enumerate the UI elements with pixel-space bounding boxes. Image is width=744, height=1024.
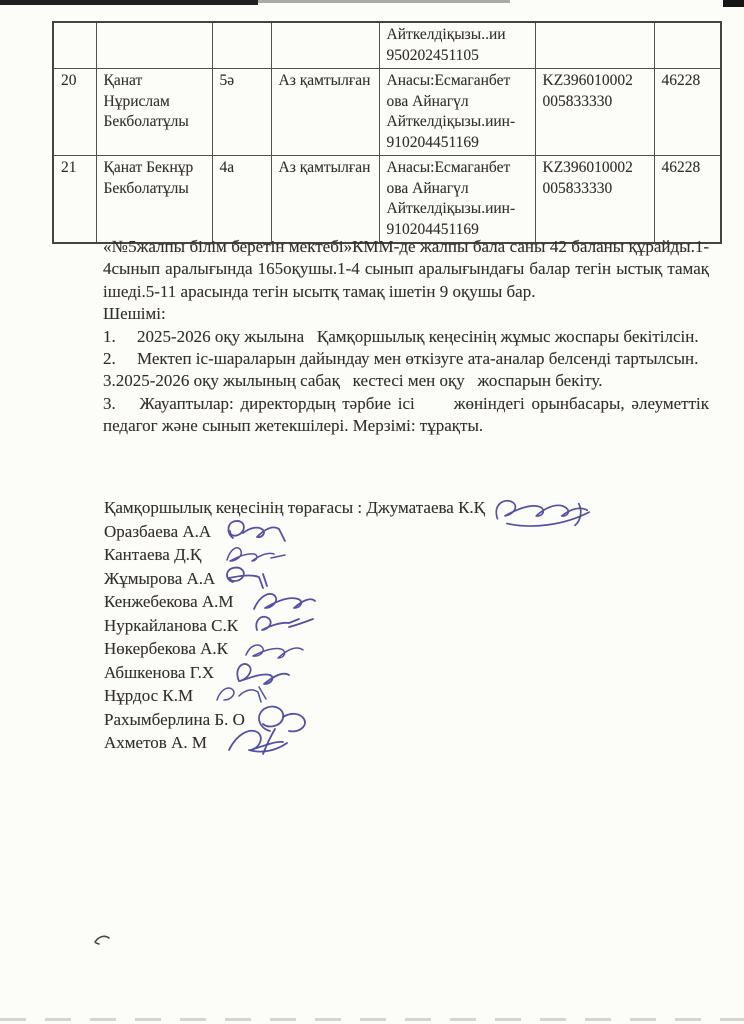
student-aid-table: Айткелдіқызы..ии 950202451105 20 Қанат Н… — [52, 21, 722, 244]
decision-item-1: 1. 2025-2026 оқу жылына Қамқоршылық кеңе… — [103, 326, 709, 348]
member-name: Жұмырова А.А — [104, 567, 215, 591]
member-signature-row: Кенжебекова А.М — [104, 590, 592, 614]
member-name: Кенжебекова А.М — [104, 590, 234, 614]
member-signature-row: Нуркайланова С.К — [104, 614, 592, 638]
iban-cell — [535, 22, 654, 69]
signature-jumataeva — [488, 495, 592, 533]
category-cell: Аз қамтылған — [271, 156, 379, 244]
signature-nurkailanova — [247, 611, 315, 637]
grade-cell — [212, 22, 271, 69]
member-name: Кантаева Д.Қ — [104, 543, 201, 567]
member-signature-row: Кантаева Д.Қ — [104, 543, 592, 567]
category-cell: Аз қамтылған — [271, 69, 379, 156]
member-signature-row: Жұмырова А.А — [104, 567, 592, 591]
member-name: Ахметов А. М — [104, 731, 207, 755]
member-signature-row: Нөкербекова А.К — [104, 637, 592, 661]
stray-pen-mark — [92, 933, 114, 947]
member-signature-row: Рахымберлина Б. О — [104, 708, 592, 732]
amount-cell: 46228 — [654, 156, 721, 244]
table-row-carryover: Айткелдіқызы..ии 950202451105 — [53, 22, 721, 69]
decision-heading: Шешімі: — [103, 303, 709, 325]
grade-cell: 5ә — [212, 69, 271, 156]
member-signature-row: Ахметов А. М — [104, 731, 592, 755]
row-number-cell — [53, 22, 96, 69]
decision-item-2: 2. Мектеп іс-шараларын дайындау мен өткі… — [103, 348, 709, 370]
student-name-cell: Қанат Нұрислам Бекболатұлы — [96, 69, 212, 156]
row-number-cell: 21 — [53, 156, 96, 244]
member-name: Нұрдос К.М — [104, 684, 193, 708]
member-name: Нуркайланова С.К — [104, 614, 238, 638]
summary-paragraph: «№5жалпы білім беретін мектебі»КММ-де жа… — [103, 236, 709, 303]
signature-block: Қамқоршылық кеңесінің төрағасы : Джумата… — [104, 496, 592, 755]
scanned-document-page: Айткелдіқызы..ии 950202451105 20 Қанат Н… — [0, 0, 744, 1024]
iban-cell: KZ396010002 005833330 — [535, 69, 654, 156]
scan-artifact-top-strip-dark — [0, 0, 258, 5]
amount-cell: 46228 — [654, 69, 721, 156]
member-name: Абшкенова Г.Х — [104, 661, 214, 685]
student-name-cell — [96, 22, 212, 69]
decision-item-3: 3.2025-2026 оқу жылының сабақ кестесі ме… — [103, 370, 709, 392]
parent-info-cell: Анасы:Есмаганбет ова Айнагүл Айткелдіқыз… — [379, 156, 535, 244]
decision-item-4: 3. Жауаптылар: директордың тәрбие ісі жө… — [103, 393, 709, 438]
grade-cell: 4а — [212, 156, 271, 244]
student-name-cell: Қанат Бекнұр Бекболатұлы — [96, 156, 212, 244]
member-name: Оразбаева А.А — [104, 520, 211, 544]
table-row-20: 20 Қанат Нұрислам Бекболатұлы 5ә Аз қамт… — [53, 69, 721, 156]
scan-artifact-bottom-dashes — [0, 1018, 744, 1021]
member-name: Нөкербекова А.К — [104, 637, 228, 661]
table-row-21: 21 Қанат Бекнұр Бекболатұлы 4а Аз қамтыл… — [53, 156, 721, 244]
category-cell — [271, 22, 379, 69]
chair-signature-row: Қамқоршылық кеңесінің төрағасы : Джумата… — [104, 496, 592, 520]
scan-artifact-corner-block — [723, 0, 744, 7]
member-signature-row: Абшкенова Г.Х — [104, 661, 592, 685]
scan-artifact-top-strip-light — [258, 0, 510, 3]
meeting-minutes-text: «№5жалпы білім беретін мектебі»КММ-де жа… — [103, 236, 709, 438]
amount-cell — [654, 22, 721, 69]
parent-info-cell: Айткелдіқызы..ии 950202451105 — [379, 22, 535, 69]
row-number-cell: 20 — [53, 69, 96, 156]
chair-title-and-name: Қамқоршылық кеңесінің төрағасы : Джумата… — [104, 496, 485, 520]
member-signature-row: Нұрдос К.М — [104, 684, 592, 708]
iban-cell: KZ396010002 005833330 — [535, 156, 654, 244]
signature-akhmetov — [221, 725, 291, 757]
parent-info-cell: Анасы:Есмаганбет ова Айнагүл Айткелдіқыз… — [379, 69, 535, 156]
